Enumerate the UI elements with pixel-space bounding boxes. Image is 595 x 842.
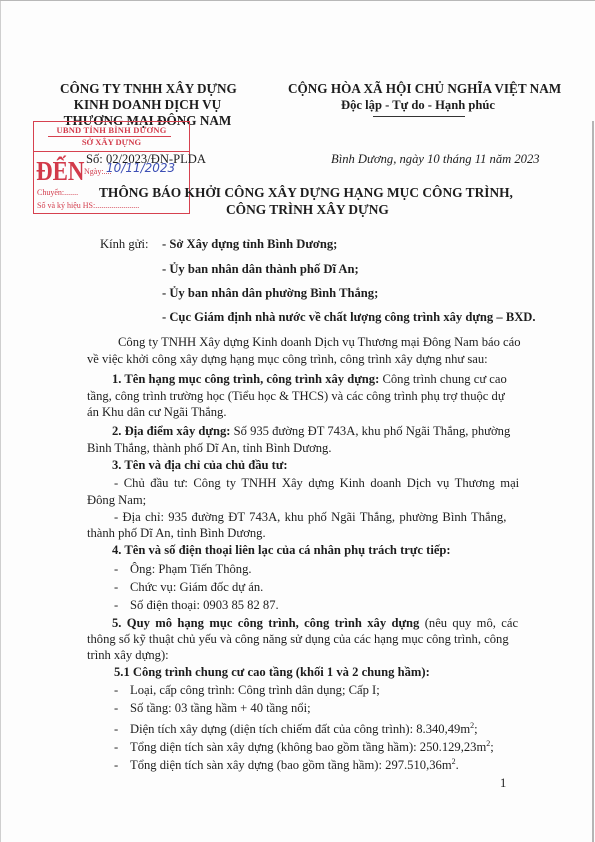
section1-line3: án Khu dân cư Ngãi Thắng. bbox=[87, 404, 227, 420]
document-title-line1: THÔNG BÁO KHỞI CÔNG XÂY DỰNG HẠNG MỤC CÔ… bbox=[99, 185, 513, 201]
intro-line1: Công ty TNHH Xây dựng Kinh doanh Dịch vụ… bbox=[118, 334, 521, 350]
document-title-line2: CÔNG TRÌNH XÂY DỰNG bbox=[226, 202, 389, 218]
spec-item: -Loại, cấp công trình: Công trình dân dụ… bbox=[114, 682, 380, 698]
section2-line1: 2. Địa điểm xây dựng: Số 935 đường ĐT 74… bbox=[112, 423, 510, 439]
stamp-file-label: Số và ký hiệu HS:...................... bbox=[37, 201, 139, 210]
recipient-item: - Ủy ban nhân dân thành phố Dĩ An; bbox=[162, 261, 359, 277]
section5-heading: 5. Quy mô hạng mục công trình, công trìn… bbox=[112, 616, 419, 630]
owner-line1: - Chủ đầu tư: Công ty TNHH Xây dựng Kinh… bbox=[114, 475, 519, 491]
spec-item: -Diện tích xây dựng (diện tích chiếm đất… bbox=[114, 718, 478, 737]
recipient-item: - Cục Giám định nhà nước về chất lượng c… bbox=[162, 309, 536, 325]
section4-heading: 4. Tên và số điện thoại liên lạc của cá … bbox=[112, 542, 451, 558]
section5-1-heading: 5.1 Công trình chung cư cao tầng (khối 1… bbox=[114, 664, 430, 680]
section5-text: (nêu quy mô, các bbox=[419, 616, 518, 630]
contact-item: -Ông: Phạm Tiến Thông. bbox=[114, 561, 252, 577]
section1-heading: 1. Tên hạng mục công trình, công trình x… bbox=[112, 372, 379, 386]
address-line2: thành phố Dĩ An, tỉnh Bình Dương. bbox=[87, 525, 266, 541]
stamp-org1: UBND TỈNH BÌNH DƯƠNG bbox=[34, 125, 189, 135]
intro-line2: về việc khởi công xây dựng hạng mục công… bbox=[87, 351, 488, 367]
company-name-line1: CÔNG TY TNHH XÂY DỰNG bbox=[60, 81, 235, 97]
spec-item: -Tổng diện tích sàn xây dựng (bao gồm tầ… bbox=[114, 754, 459, 773]
recipient-item: - Ủy ban nhân dân phường Bình Thắng; bbox=[162, 285, 378, 301]
national-motto: Độc lập - Tự do - Hạnh phúc bbox=[288, 97, 548, 113]
section5-line1: 5. Quy mô hạng mục công trình, công trìn… bbox=[112, 615, 518, 631]
spec-item: -Số tầng: 03 tầng hầm + 40 tầng nổi; bbox=[114, 700, 311, 716]
recipient-item: - Sở Xây dựng tỉnh Bình Dương; bbox=[162, 236, 337, 252]
section1-line1: 1. Tên hạng mục công trình, công trình x… bbox=[112, 371, 507, 387]
page-number: 1 bbox=[500, 776, 506, 791]
section1-line2: tầng, công trình trường học (Tiểu học & … bbox=[87, 388, 505, 404]
recipients-label: Kính gửi: bbox=[100, 236, 148, 252]
section1-text: Công trình chung cư cao bbox=[379, 372, 507, 386]
national-title: CỘNG HÒA XÃ HỘI CHỦ NGHĨA VIỆT NAM bbox=[288, 81, 548, 97]
spec-item: -Tổng diện tích sàn xây dựng (không bao … bbox=[114, 736, 494, 755]
company-name-line2: KINH DOANH DỊCH VỤ bbox=[60, 97, 235, 113]
section5-line3: trình xây dựng): bbox=[87, 647, 169, 663]
stamp-den: ĐẾN bbox=[36, 157, 84, 185]
stamp-org2: SỞ XÂY DỰNG bbox=[34, 137, 189, 147]
section2-text: Số 935 đường ĐT 743A, khu phố Ngãi Thắng… bbox=[230, 424, 510, 438]
stamp-transfer-label: Chuyển:....... bbox=[37, 188, 78, 197]
section3-heading: 3. Tên và địa chỉ của chủ đầu tư: bbox=[112, 457, 288, 473]
motto-underline bbox=[373, 116, 465, 117]
document-date: Bình Dương, ngày 10 tháng 11 năm 2023 bbox=[331, 151, 540, 167]
contact-item: -Số điện thoại: 0903 85 82 87. bbox=[114, 597, 279, 613]
document-number: Số: 02/2023/ĐN-PLDA bbox=[86, 151, 206, 167]
address-line1: - Địa chỉ: 935 đường ĐT 743A, khu phố Ng… bbox=[114, 509, 506, 525]
contact-item: -Chức vụ: Giám đốc dự án. bbox=[114, 579, 263, 595]
owner-line2: Đông Nam; bbox=[87, 492, 146, 508]
section2-heading: 2. Địa điểm xây dựng: bbox=[112, 424, 230, 438]
section5-line2: thông số kỹ thuật chủ yếu và công năng s… bbox=[87, 631, 509, 647]
section2-line2: Bình Thắng, thành phố Dĩ An, tỉnh Bình D… bbox=[87, 440, 332, 456]
document-page: CÔNG TY TNHH XÂY DỰNG KINH DOANH DỊCH VỤ… bbox=[0, 0, 595, 842]
